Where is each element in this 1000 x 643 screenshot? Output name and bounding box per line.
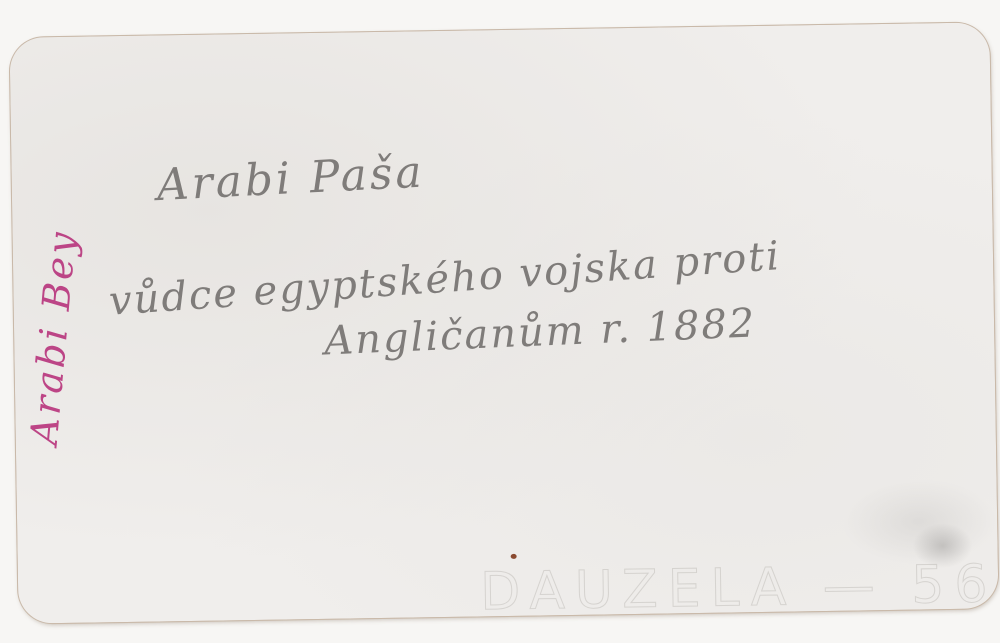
photo-card-back: Arabi Paša vůdce egyptského vojska proti… bbox=[9, 22, 998, 623]
rust-spot bbox=[511, 554, 517, 559]
magenta-vertical-inscription: Arabi Bey bbox=[22, 228, 85, 447]
inscription-line-3: Angličanům r. 1882 bbox=[323, 300, 757, 364]
inscription-title: Arabi Paša bbox=[156, 147, 426, 211]
embossed-stamp: DAUZELA — 56 bbox=[480, 554, 998, 622]
